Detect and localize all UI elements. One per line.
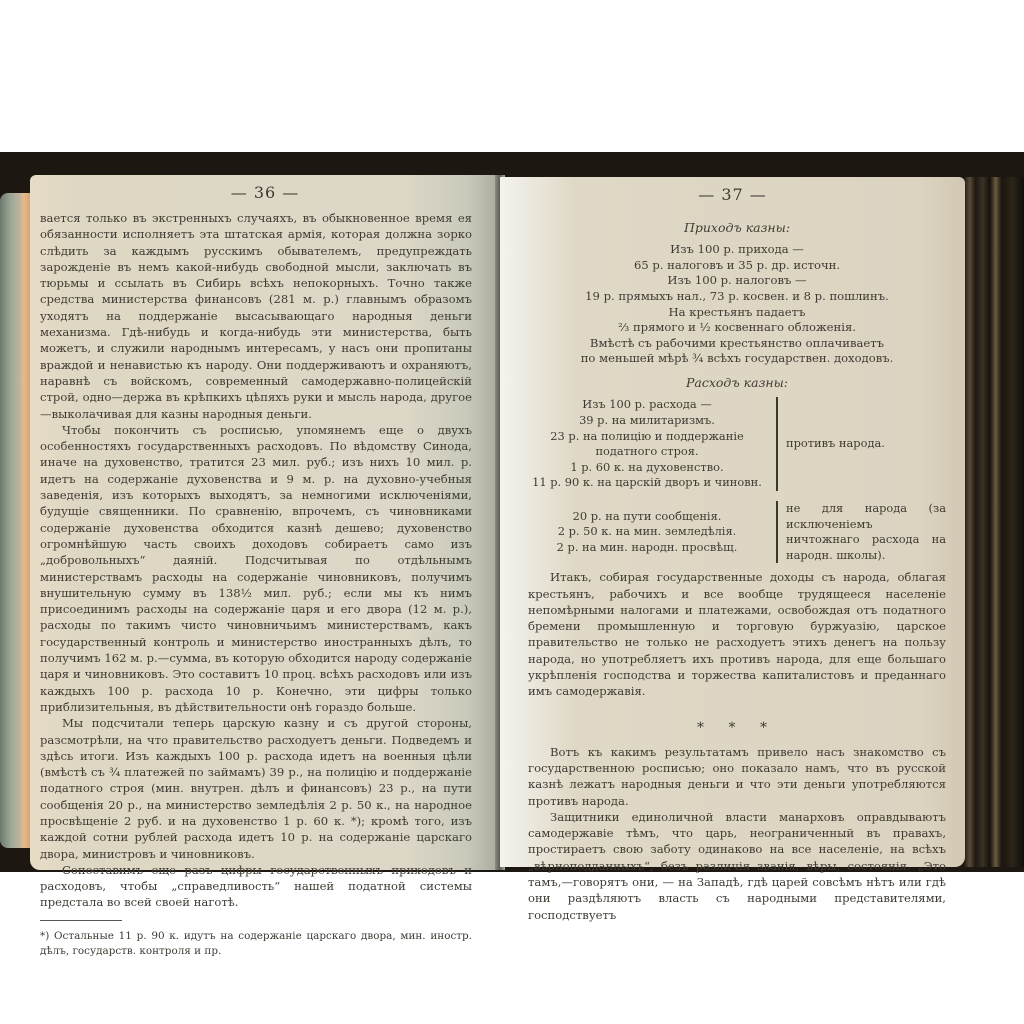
paragraph: Чтобы покончить съ росписью, упомянемъ е… <box>40 422 472 715</box>
expense-line: 23 р. на полицію и поддержаніе <box>528 429 766 445</box>
expense-group-not-for-people: 20 р. на пути сообщенія. 2 р. 50 к. на м… <box>528 501 946 563</box>
asterism-divider: * * * <box>528 722 946 734</box>
paragraph: Вотъ къ какимъ результатамъ привело насъ… <box>528 744 946 809</box>
expense-lines: 20 р. на пути сообщенія. 2 р. 50 к. на м… <box>528 509 766 556</box>
left-page: — 36 — вается только въ экстренныхъ случ… <box>30 175 500 870</box>
expense-line: 20 р. на пути сообщенія. <box>528 509 766 525</box>
paragraph: вается только въ экстренныхъ случаяхъ, в… <box>40 210 472 422</box>
paragraph: Мы подсчитали теперь царскую казну и съ … <box>40 715 472 862</box>
expense-line: Изъ 100 р. расхода — <box>528 397 766 413</box>
income-summary: Изъ 100 р. прихода — 65 р. налоговъ и 35… <box>528 242 946 367</box>
income-line: по меньшей мѣрѣ ¾ всѣхъ государствен. до… <box>528 351 946 367</box>
income-line: Изъ 100 р. прихода — <box>528 242 946 258</box>
expense-group-note: не для народа (за исключеніемъ ничтожнаг… <box>786 501 946 563</box>
right-page-body: Приходъ казны: Изъ 100 р. прихода — 65 р… <box>528 212 946 923</box>
expense-heading: Расходъ казны: <box>528 375 946 391</box>
right-page-edges-cover <box>965 177 1024 867</box>
page-number-left: — 36 — <box>30 183 500 202</box>
expense-group-note: противъ народа. <box>786 436 946 452</box>
page-number-right: — 37 — <box>500 185 965 204</box>
bracket-bar <box>776 501 778 563</box>
expense-line: 1 р. 60 к. на духовенство. <box>528 460 766 476</box>
income-heading: Приходъ казны: <box>528 220 946 236</box>
expense-group-against-people: Изъ 100 р. расхода — 39 р. на милитаризм… <box>528 397 946 491</box>
income-line: На крестьянъ падаетъ <box>528 305 946 321</box>
right-page: — 37 — Приходъ казны: Изъ 100 р. прихода… <box>500 177 965 867</box>
open-book: — 36 — вается только въ экстренныхъ случ… <box>0 165 1024 870</box>
left-page-body: вается только въ экстренныхъ случаяхъ, в… <box>40 210 472 959</box>
income-line: ⅔ прямого и ½ косвеннаго обложенія. <box>528 320 946 336</box>
income-line: Вмѣстѣ съ рабочими крестьянство оплачива… <box>528 336 946 352</box>
expense-line: податного строя. <box>528 444 766 460</box>
paragraph: Итакъ, собирая государственные доходы съ… <box>528 569 946 699</box>
footnote: *) Остальные 11 р. 90 к. идутъ на содерж… <box>40 929 472 959</box>
expense-line: 11 р. 90 к. на царскій дворъ и чиновн. <box>528 475 766 491</box>
income-line: 65 р. налоговъ и 35 р. др. источн. <box>528 258 946 274</box>
expense-line: 39 р. на милитаризмъ. <box>528 413 766 429</box>
income-line: 19 р. прямыхъ нал., 73 р. косвен. и 8 р.… <box>528 289 946 305</box>
expense-line: 2 р. 50 к. на мин. земледѣлія. <box>528 524 766 540</box>
expense-lines: Изъ 100 р. расхода — 39 р. на милитаризм… <box>528 397 766 491</box>
footnote-divider <box>40 920 122 921</box>
income-line: Изъ 100 р. налоговъ — <box>528 273 946 289</box>
expense-line: 2 р. на мин. народн. просвѣщ. <box>528 540 766 556</box>
paragraph: Защитники единоличной власти манарховъ о… <box>528 809 946 923</box>
left-page-edges <box>0 193 34 848</box>
bracket-bar <box>776 397 778 491</box>
paragraph: Сопоставимъ еще разъ цифры государственн… <box>40 862 472 911</box>
